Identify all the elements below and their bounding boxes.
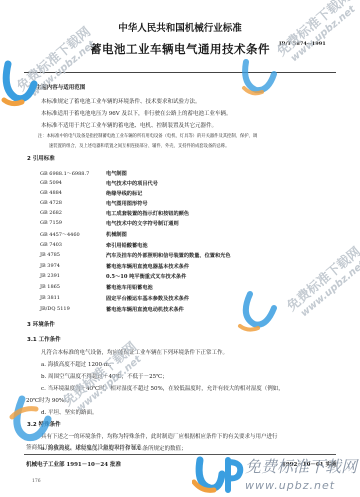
section-3-2-item-a: a. 海拔高度、环境温度、湿度不符合 3.1 条所规定的数值； [41, 444, 187, 452]
up-logo-icon [236, 290, 278, 334]
page-number: 176 [32, 479, 41, 484]
reference-title: 汽车及挂车的外部照明和信号装置的数量、位置和光色 [106, 252, 231, 259]
reference-code: GB 5094 [40, 180, 62, 186]
reference-code: GB 6988.1～6988.7 [40, 170, 89, 177]
section-1-para-1: 本标准规定了蓄电池工业车辆的环境条件、技术要求和试验方法。 [41, 97, 201, 105]
reference-code: JB 1865 [40, 284, 60, 290]
up-logo-icon [240, 58, 280, 98]
approval-date: 机械电子工业部 1991－10－24 批准 [26, 460, 121, 468]
reference-code: JB/DQ 5119 [40, 306, 70, 312]
reference-code: GB 7159 [40, 220, 62, 226]
brand-url: www.upbz.net [245, 479, 357, 492]
section-3-2-intro-line-1: 具有下述之一的环境条件，均称为特殊条件，此时制造厂应根据相应条件下的有关要求与用… [41, 432, 278, 440]
up-logo-icon [0, 60, 40, 110]
section-1-note-line-1: 注：本标准中的电气设备是指控制蓄电池工业车辆的所有用电设备（电机、灯具等）的开关… [38, 133, 257, 139]
reference-title: 固定平台搬运车基本参数及技术条件 [106, 295, 189, 302]
reference-title: 0.5～10 吨平衡重式叉车技术条件 [106, 273, 186, 280]
header-rule [24, 72, 336, 73]
reference-code: GB 4728 [40, 200, 62, 206]
reference-code: GB 4457～4460 [40, 231, 80, 238]
reference-title: 蓄电池车用铅蓄电池 [106, 284, 153, 291]
document-page: 中华人民共和国机械行业标准 JB/T 5874—1991 蓄电池工业车辆电气通用… [0, 0, 360, 497]
up-logo-icon [192, 454, 244, 494]
section-2-heading: 2 引用标准 [27, 154, 55, 162]
reference-code: GB 4884 [40, 190, 62, 196]
reference-code: JB 3974 [40, 263, 60, 269]
reference-title: 电气制图 [106, 170, 127, 177]
reference-title: 电气技术中的文字符号制订通则 [106, 220, 179, 227]
reference-title: 电工成套装置的指示灯和按钮的颜色 [106, 210, 189, 217]
up-logo-icon [8, 395, 52, 449]
brand-watermark: 免费标准下载网 www.upbz.net [245, 454, 357, 492]
reference-title: 牵引用铅酸蓄电池 [106, 242, 148, 249]
section-3-1-heading: 3.1 工作条件 [27, 335, 61, 343]
watermark-text: 免费标准下载网 www.upbz.net [282, 241, 360, 322]
reference-title: 机械制图 [106, 231, 127, 238]
reference-title: 电气图用图形符号 [106, 200, 148, 207]
reference-title: 电气技术中的项目代号 [106, 180, 158, 187]
reference-code: GB 2682 [40, 210, 62, 216]
reference-title: 绝缘导线的标记 [106, 190, 142, 197]
section-3-heading: 3 环境条件 [27, 320, 55, 328]
reference-code: JB 3811 [40, 295, 60, 301]
reference-title: 蓄电池车辆用直流电器基本技术条件 [106, 263, 189, 270]
section-1-note-line-2: 速装置的组合，及上述电器和装置之间互相连接部分、辅件、外壳、支持件的成套设备的总… [49, 143, 229, 149]
reference-code: JB 2391 [40, 273, 60, 279]
reference-title: 蓄电池车辆用直流电动机技术条件 [106, 306, 184, 313]
reference-code: GB 7403 [40, 242, 62, 248]
section-1-para-2: 本标准适用于蓄电池电压为 96V 及以下，非行驶在公路上的蓄电池工业车辆。 [41, 109, 231, 117]
brand-name: 免费标准下载网 [245, 454, 357, 477]
section-1-para-3: 本标准不适用于其它工业车辆的蓄电池、电机、控制装置及其它元器件。 [41, 121, 217, 129]
reference-code: JB 4785 [40, 252, 60, 258]
